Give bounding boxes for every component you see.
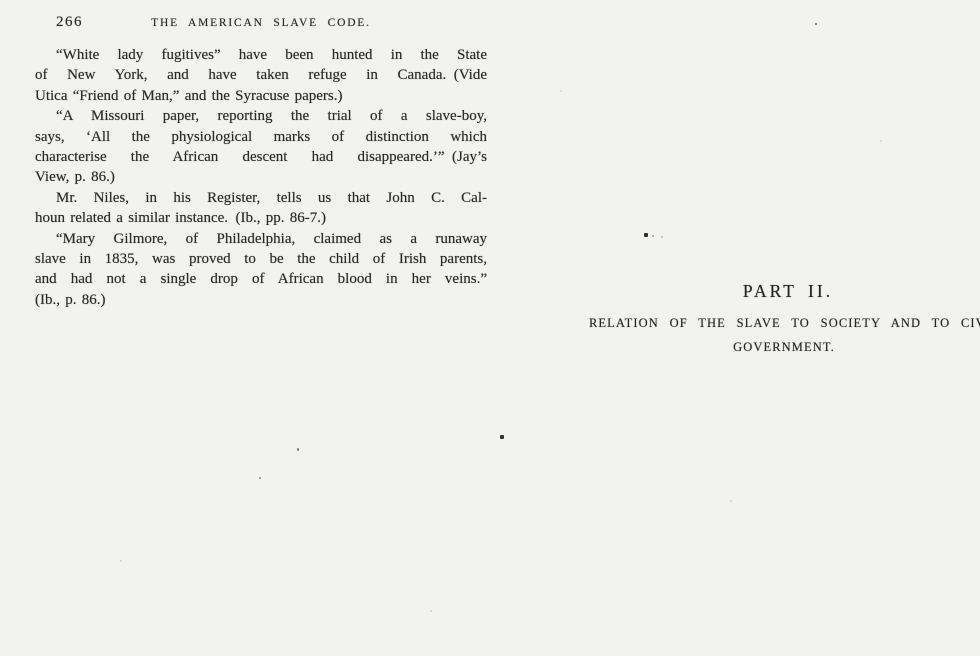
body-line: slave in 1835, was proved to be the chil…	[35, 249, 487, 269]
body-line: Mr. Niles, in his Register, tells us tha…	[35, 188, 487, 208]
body-line: “A Missouri paper, reporting the trial o…	[35, 106, 487, 126]
scan-speck	[120, 560, 122, 562]
scan-speck	[815, 23, 817, 25]
body-line: Utica “Friend of Man,” and the Syracuse …	[35, 86, 487, 106]
scan-speck	[297, 448, 299, 451]
scan-speck	[730, 500, 732, 502]
part-subtitle-line1: RELATION OF THE SLAVE TO SOCIETY AND TO …	[589, 316, 980, 331]
part-title: PART II.	[688, 281, 888, 302]
scan-speck	[644, 233, 648, 237]
body-line: View, p. 86.)	[35, 167, 487, 187]
body-line: “White lady fugitives” have been hunted …	[35, 45, 487, 65]
running-head: THE AMERICAN SLAVE CODE.	[35, 17, 487, 29]
scan-speck	[500, 435, 504, 439]
left-page-body: “White lady fugitives” have been hunted …	[35, 45, 487, 310]
body-line: houn related a similar instance. (Ib., p…	[35, 208, 487, 228]
scan-speck	[560, 90, 562, 92]
scan-speck	[652, 235, 654, 237]
scan-speck	[259, 477, 261, 479]
body-line: and had not a single drop of African blo…	[35, 269, 487, 289]
body-line: of New York, and have taken refuge in Ca…	[35, 65, 487, 85]
scan-speck	[430, 610, 432, 612]
scan-speck	[661, 236, 663, 238]
part-subtitle-line2: GOVERNMENT.	[684, 340, 884, 355]
scan-speck	[880, 140, 882, 142]
body-line: (Ib., p. 86.)	[35, 290, 487, 310]
body-line: characterise the African descent had dis…	[35, 147, 487, 167]
body-line: says, ‘All the physiological marks of di…	[35, 127, 487, 147]
body-line: “Mary Gilmore, of Philadelphia, claimed …	[35, 229, 487, 249]
